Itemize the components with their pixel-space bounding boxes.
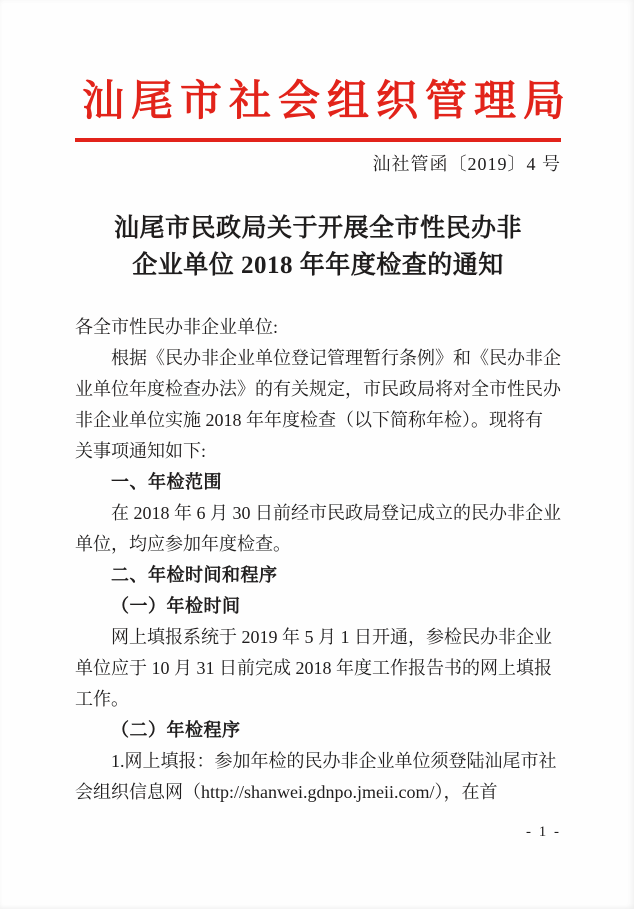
body-line: 网上填报系统于 2019 年 5 月 1 日开通，参检民办非企业 <box>75 622 561 653</box>
body-line: 非企业单位实施 2018 年年度检查（以下简称年检）。现将有 <box>75 405 561 436</box>
body-line: 关事项通知如下: <box>75 436 561 467</box>
document-page: 汕尾市社会组织管理局 汕社管函〔2019〕4 号 汕尾市民政局关于开展全市性民办… <box>0 0 634 909</box>
body-line: 各全市性民办非企业单位: <box>75 312 561 343</box>
body-line: 会组织信息网（http://shanwei.gdnpo.jmeii.com/），… <box>75 777 561 808</box>
notice-title: 汕尾市民政局关于开展全市性民办非 企业单位 2018 年年度检查的通知 <box>75 210 561 284</box>
body-line: 在 2018 年 6 月 30 日前经市民政局登记成立的民办非企业 <box>75 498 561 529</box>
notice-title-line1: 汕尾市民政局关于开展全市性民办非 <box>75 210 561 247</box>
body-line: 单位应于 10 月 31 日前完成 2018 年度工作报告书的网上填报 <box>75 653 561 684</box>
body-line: （一）年检时间 <box>75 591 561 622</box>
page-number: - 1 - <box>75 822 561 842</box>
notice-body: 各全市性民办非企业单位:根据《民办非企业单位登记管理暂行条例》和《民办非企业单位… <box>75 312 561 808</box>
body-line: （二）年检程序 <box>75 715 561 746</box>
document-content: 汕尾市社会组织管理局 汕社管函〔2019〕4 号 汕尾市民政局关于开展全市性民办… <box>75 0 561 909</box>
body-line: 工作。 <box>75 684 561 715</box>
notice-title-line2: 企业单位 2018 年年度检查的通知 <box>75 247 561 284</box>
letterhead-agency-title: 汕尾市社会组织管理局 <box>75 78 561 126</box>
document-number: 汕社管函〔2019〕4 号 <box>75 152 561 176</box>
body-line: 1.网上填报：参加年检的民办非企业单位须登陆汕尾市社 <box>75 746 561 777</box>
body-line: 二、年检时间和程序 <box>75 560 561 591</box>
body-line: 业单位年度检查办法》的有关规定，市民政局将对全市性民办 <box>75 374 561 405</box>
body-line: 单位，均应参加年度检查。 <box>75 529 561 560</box>
body-line: 一、年检范围 <box>75 467 561 498</box>
body-line: 根据《民办非企业单位登记管理暂行条例》和《民办非企 <box>75 343 561 374</box>
red-divider-line <box>75 138 561 142</box>
